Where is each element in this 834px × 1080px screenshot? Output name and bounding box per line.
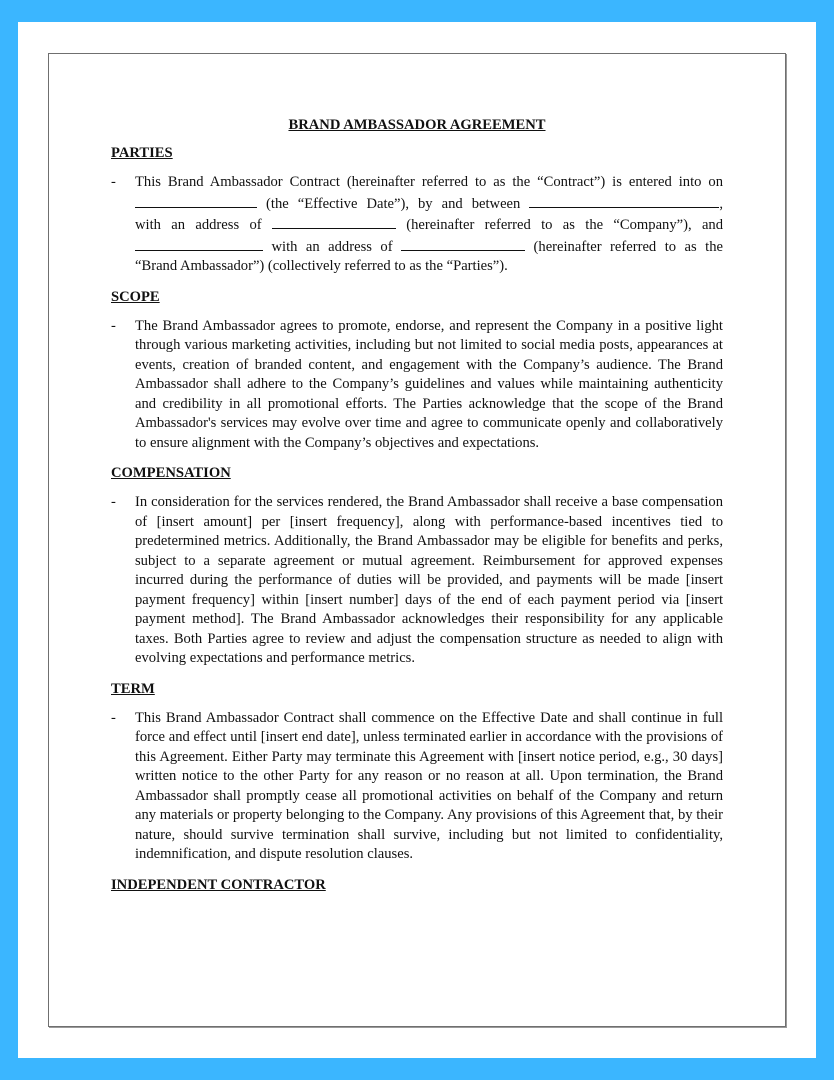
company-address-blank[interactable] <box>272 214 396 229</box>
compensation-text: In consideration for the services render… <box>135 494 723 666</box>
clause-compensation: - In consideration for the services rend… <box>111 493 723 669</box>
parties-line-5: “Brand Ambassador”) (collectively referr… <box>135 257 723 277</box>
clause-parties: - This Brand Ambassador Contract (herein… <box>111 173 723 277</box>
parties-line-2: (the “Effective Date”), by and between , <box>135 193 723 215</box>
company-name-blank[interactable] <box>529 193 719 208</box>
parties-line-3: with an address of (hereinafter referred… <box>135 214 723 236</box>
section-heading-independent-contractor: INDEPENDENT CONTRACTOR <box>111 875 723 895</box>
clause-term: - This Brand Ambassador Contract shall c… <box>111 709 723 865</box>
section-heading-compensation: COMPENSATION <box>111 463 723 483</box>
ambassador-name-blank[interactable] <box>135 236 263 251</box>
effective-date-blank[interactable] <box>135 193 257 208</box>
bullet-dash: - <box>111 317 116 337</box>
scope-text: The Brand Ambassador agrees to promote, … <box>135 318 723 451</box>
agreement-document: BRAND AMBASSADOR AGREEMENT PARTIES - Thi… <box>111 115 723 905</box>
parties-line-1: This Brand Ambassador Contract (hereinaf… <box>135 173 723 193</box>
section-heading-parties: PARTIES <box>111 143 723 163</box>
section-heading-term: TERM <box>111 679 723 699</box>
bullet-dash: - <box>111 493 116 513</box>
ambassador-address-blank[interactable] <box>401 236 525 251</box>
bullet-dash: - <box>111 173 116 193</box>
clause-scope: - The Brand Ambassador agrees to promote… <box>111 317 723 454</box>
bullet-dash: - <box>111 709 116 729</box>
document-title: BRAND AMBASSADOR AGREEMENT <box>111 115 723 135</box>
term-text: This Brand Ambassador Contract shall com… <box>135 710 723 863</box>
parties-line-4: with an address of (hereinafter referred… <box>135 236 723 258</box>
section-heading-scope: SCOPE <box>111 287 723 307</box>
